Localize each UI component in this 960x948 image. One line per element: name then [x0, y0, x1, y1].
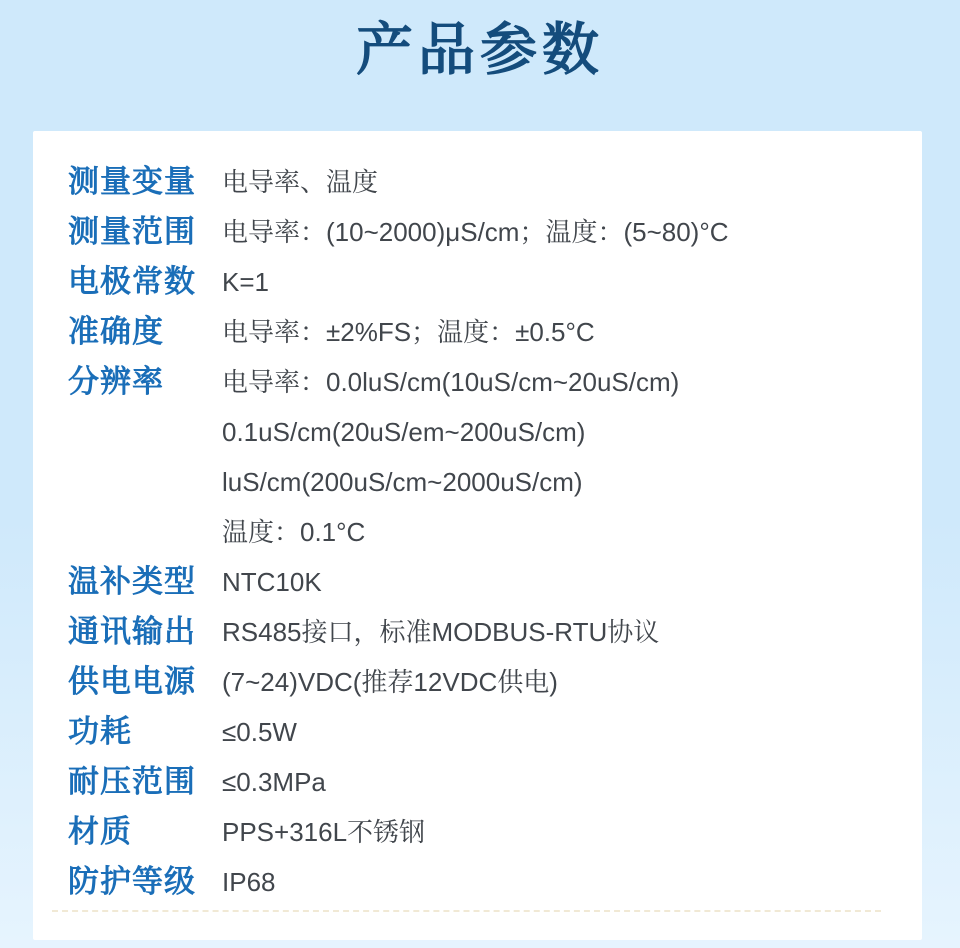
spec-row: 耐压范围 ≤0.3MPa	[68, 757, 884, 807]
spec-value: K=1	[222, 257, 884, 307]
spec-label: 测量变量	[68, 157, 222, 207]
spec-value-line: K=1	[222, 257, 884, 307]
spec-label: 耐压范围	[68, 757, 222, 807]
spec-value: (7~24)VDC(推荐12VDC供电)	[222, 657, 884, 707]
spec-value: IP68	[222, 857, 884, 907]
page-title: 产品参数	[0, 0, 960, 86]
spec-value-line: 温度：0.1°C	[222, 507, 884, 557]
spec-row: 防护等级 IP68	[68, 857, 884, 907]
spec-label: 电极常数	[68, 257, 222, 307]
bottom-divider	[52, 910, 881, 912]
spec-value: RS485接口，标准MODBUS-RTU协议	[222, 607, 884, 657]
spec-value: PPS+316L不锈钢	[222, 807, 884, 857]
page-background: { "title": "产品参数", "colors": { "bg-top":…	[0, 0, 960, 948]
spec-label: 分辨率	[68, 357, 222, 407]
spec-row: 准确度 电导率：±2%FS；温度：±0.5°C	[68, 307, 884, 357]
spec-label: 准确度	[68, 307, 222, 357]
spec-value-line: 电导率：0.0luS/cm(10uS/cm~20uS/cm)	[222, 357, 884, 407]
spec-row: 电极常数 K=1	[68, 257, 884, 307]
spec-value: 电导率：0.0luS/cm(10uS/cm~20uS/cm)0.1uS/cm(2…	[222, 357, 884, 557]
spec-row: 分辨率 电导率：0.0luS/cm(10uS/cm~20uS/cm)0.1uS/…	[68, 357, 884, 557]
spec-row: 测量范围 电导率：(10~2000)μS/cm；温度：(5~80)°C	[68, 207, 884, 257]
spec-value-line: 电导率：(10~2000)μS/cm；温度：(5~80)°C	[222, 207, 884, 257]
spec-row: 测量变量 电导率、温度	[68, 157, 884, 207]
spec-label: 防护等级	[68, 857, 222, 907]
spec-label: 温补类型	[68, 557, 222, 607]
spec-row: 功耗 ≤0.5W	[68, 707, 884, 757]
spec-table: 测量变量 电导率、温度 测量范围 电导率：(10~2000)μS/cm；温度：(…	[68, 157, 884, 907]
spec-label: 功耗	[68, 707, 222, 757]
spec-value: ≤0.3MPa	[222, 757, 884, 807]
spec-value-line: NTC10K	[222, 557, 884, 607]
spec-value-line: 电导率、温度	[222, 157, 884, 207]
spec-label: 通讯输出	[68, 607, 222, 657]
spec-value-line: 0.1uS/cm(20uS/em~200uS/cm)	[222, 407, 884, 457]
spec-value-line: RS485接口，标准MODBUS-RTU协议	[222, 607, 884, 657]
spec-value-line: 电导率：±2%FS；温度：±0.5°C	[222, 307, 884, 357]
spec-label: 测量范围	[68, 207, 222, 257]
spec-value: NTC10K	[222, 557, 884, 607]
spec-row: 温补类型 NTC10K	[68, 557, 884, 607]
spec-value: 电导率：(10~2000)μS/cm；温度：(5~80)°C	[222, 207, 884, 257]
spec-label: 材质	[68, 807, 222, 857]
spec-row: 通讯输出 RS485接口，标准MODBUS-RTU协议	[68, 607, 884, 657]
spec-value: 电导率、温度	[222, 157, 884, 207]
spec-value-line: PPS+316L不锈钢	[222, 807, 884, 857]
spec-value: ≤0.5W	[222, 707, 884, 757]
spec-value-line: IP68	[222, 857, 884, 907]
spec-value-line: ≤0.3MPa	[222, 757, 884, 807]
spec-value-line: luS/cm(200uS/cm~2000uS/cm)	[222, 457, 884, 507]
spec-row: 供电电源 (7~24)VDC(推荐12VDC供电)	[68, 657, 884, 707]
spec-value-line: ≤0.5W	[222, 707, 884, 757]
spec-row: 材质 PPS+316L不锈钢	[68, 807, 884, 857]
spec-value: 电导率：±2%FS；温度：±0.5°C	[222, 307, 884, 357]
spec-label: 供电电源	[68, 657, 222, 707]
spec-card: 测量变量 电导率、温度 测量范围 电导率：(10~2000)μS/cm；温度：(…	[33, 131, 922, 940]
spec-value-line: (7~24)VDC(推荐12VDC供电)	[222, 657, 884, 707]
